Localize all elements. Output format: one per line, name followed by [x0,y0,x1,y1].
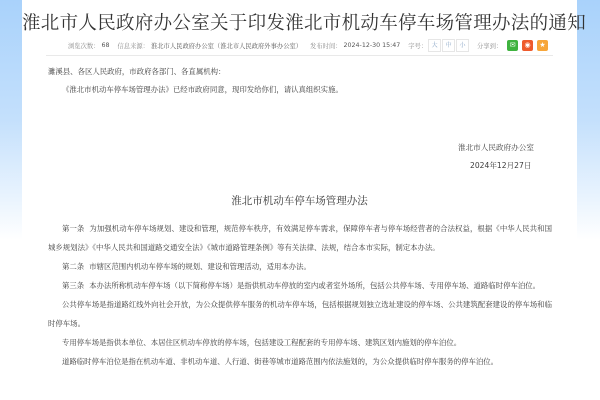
document-articles: 第一条为加强机动车停车场规划、建设和管理，规范停车秩序，有效满足停车需求，保障停… [48,219,552,371]
article-paragraph: 第三条本办法所称机动车停车场（以下简称停车场）是指供机动车停放的室内或者室外场所… [48,276,552,295]
font-size-small-button[interactable]: 小 [456,39,469,52]
source-label: 信息来源： [117,41,148,50]
article-paragraph: 专用停车场是指供本单位、本居住区机动车停放的停车场，包括建设工程配套的专用停车场… [48,333,552,352]
wechat-share-button[interactable]: ✉ [507,40,518,51]
publish-label: 发布时间： [310,41,341,50]
article-paragraph: 第二条市辖区范围内机动车停车场的规划、建设和管理活动，适用本办法。 [48,257,552,276]
article-page: 淮北市人民政府办公室关于印发淮北市机动车停车场管理办法的通知 浏览次数： 68 … [22,0,577,400]
qzone-share-button[interactable]: ★ [537,40,548,51]
salutation: 濉溪县、各区人民政府，市政府各部门、各直属机构： [48,63,552,81]
header-divider [46,55,553,56]
font-size-medium-button[interactable]: 中 [442,39,455,52]
font-size-label: 字号： [408,41,427,50]
publish-time: 2024-12-30 15:47 [344,42,401,49]
article-label: 第三条 [62,281,84,290]
intro-paragraph: 《淮北市机动车停车场管理办法》已经市政府同意，现印发给你们，请认真组织实施。 [48,81,552,99]
views-count: 68 [101,42,109,49]
document-title: 淮北市机动车停车场管理办法 [22,193,577,208]
source-value: 淮北市人民政府办公室（淮北市人民政府外事办公室） [151,41,302,50]
wechat-icon: ✉ [507,40,518,51]
qzone-icon: ★ [537,40,548,51]
article-meta: 浏览次数： 68 信息来源： 淮北市人民政府办公室（淮北市人民政府外事办公室） … [68,38,548,52]
article-label: 第二条 [62,262,84,271]
article-paragraph: 第一条为加强机动车停车场规划、建设和管理，规范停车秩序，有效满足停车需求，保障停… [48,219,552,257]
weibo-share-button[interactable]: ◉ [522,40,533,51]
views-label: 浏览次数： [68,41,99,50]
share-label: 分享到： [477,41,502,50]
article-label: 第一条 [62,224,84,233]
article-title: 淮北市人民政府办公室关于印发淮北市机动车停车场管理办法的通知 [22,9,577,35]
font-size-large-button[interactable]: 大 [428,39,441,52]
article-paragraph: 公共停车场是指道路红线外向社会开放，为公众提供停车服务的机动车停车场，包括根据规… [48,295,552,333]
article-paragraph: 道路临时停车泊位是指在机动车道、非机动车道、人行道、街巷等城市道路范围内依法施划… [48,352,552,371]
weibo-icon: ◉ [522,40,533,51]
notice-body: 濉溪县、各区人民政府，市政府各部门、各直属机构： 《淮北市机动车停车场管理办法》… [48,63,552,98]
